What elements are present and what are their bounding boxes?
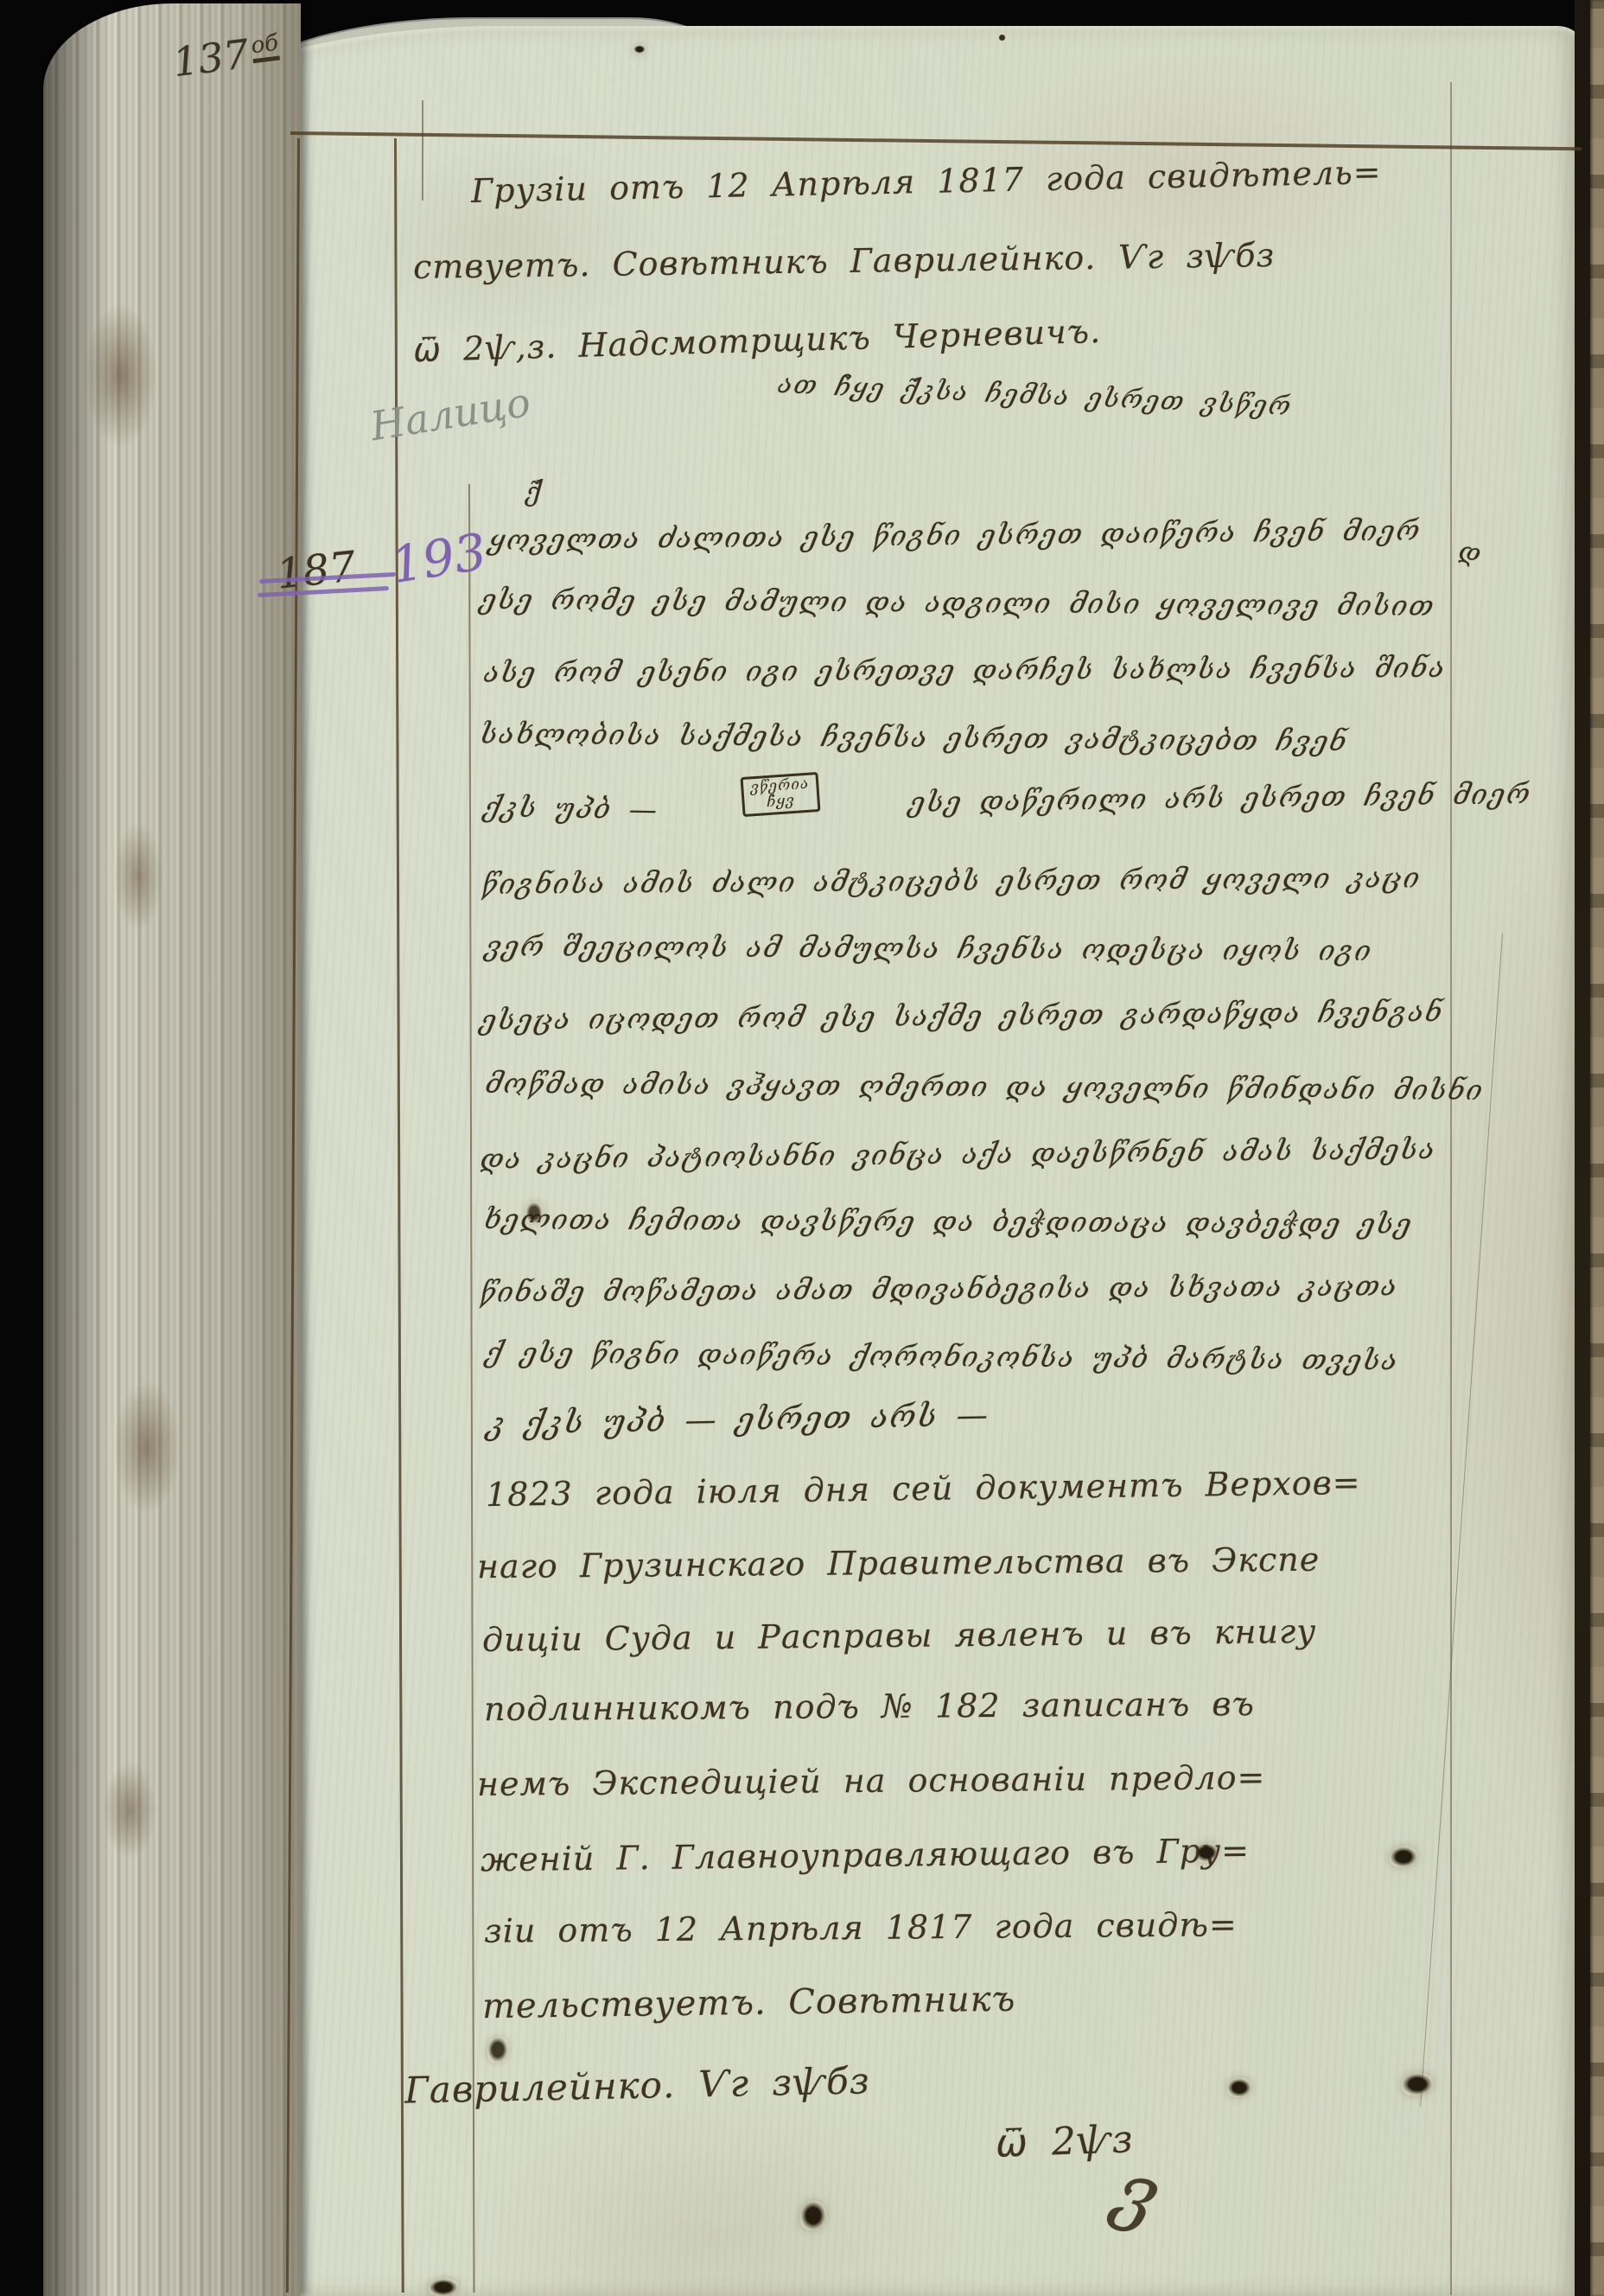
ink-speck bbox=[999, 35, 1005, 41]
folio-number: 137 bbox=[170, 30, 251, 86]
certification-line: тельствуетъ. Совѣтникъ bbox=[482, 1980, 1016, 2027]
boxed-note: ვწერია ჩ̃ყვ bbox=[741, 772, 821, 817]
georgian-line: ქკს უპბ — bbox=[481, 790, 660, 826]
margin-mark: ქ̃ bbox=[525, 477, 543, 507]
photo-background: 137об Грузіи отъ 12 Апрѣля 1817 года сви… bbox=[0, 0, 1604, 2296]
georgian-line: ვერ შეეცილოს ამ მამულსა ჩვენსა ოდესცა იყ… bbox=[484, 929, 1375, 966]
georgian-line: ასე რომ ესენი იგი ესრეთვე დარჩეს სახლსა … bbox=[482, 651, 1448, 689]
certification-line: подлинникомъ подъ № 182 записанъ въ bbox=[484, 1685, 1255, 1728]
certification-line: немъ Экспедиціей на основаніи предло= bbox=[477, 1758, 1266, 1803]
book-page-stack bbox=[43, 3, 301, 2296]
ruled-tick bbox=[422, 100, 423, 201]
georgian-line: წინაშე მოწამეთა ამათ მდივანბეგისა და სხვ… bbox=[479, 1269, 1400, 1308]
folio-suffix: об bbox=[250, 29, 281, 63]
certification-line: зіи отъ 12 Апрѣля 1817 года свидѣ= bbox=[484, 1905, 1238, 1950]
georgian-line: წიგნისა ამის ძალი ამტკიცებს ესრეთ რომ ყო… bbox=[481, 861, 1423, 901]
book-edge bbox=[1590, 0, 1604, 2296]
georgian-line: ესე რომე ესე მამული და ადგილი მისი ყოველ… bbox=[479, 583, 1437, 622]
certification-tail: ѿ 2ѱз bbox=[995, 2117, 1134, 2166]
certification-line: наго Грузинскаго Правительства въ Экспе bbox=[477, 1540, 1321, 1586]
georgian-line: მოწმად ამისა ვჰყავთ ღმერთი და ყოველნი წმ… bbox=[484, 1067, 1486, 1107]
page-shadow-gap bbox=[1575, 0, 1590, 2296]
ruled-line-vertical-right bbox=[1450, 82, 1452, 2295]
georgian-line: ხელითა ჩემითა დავსწერე და ბეჭდითაცა დავბ… bbox=[482, 1202, 1415, 1240]
